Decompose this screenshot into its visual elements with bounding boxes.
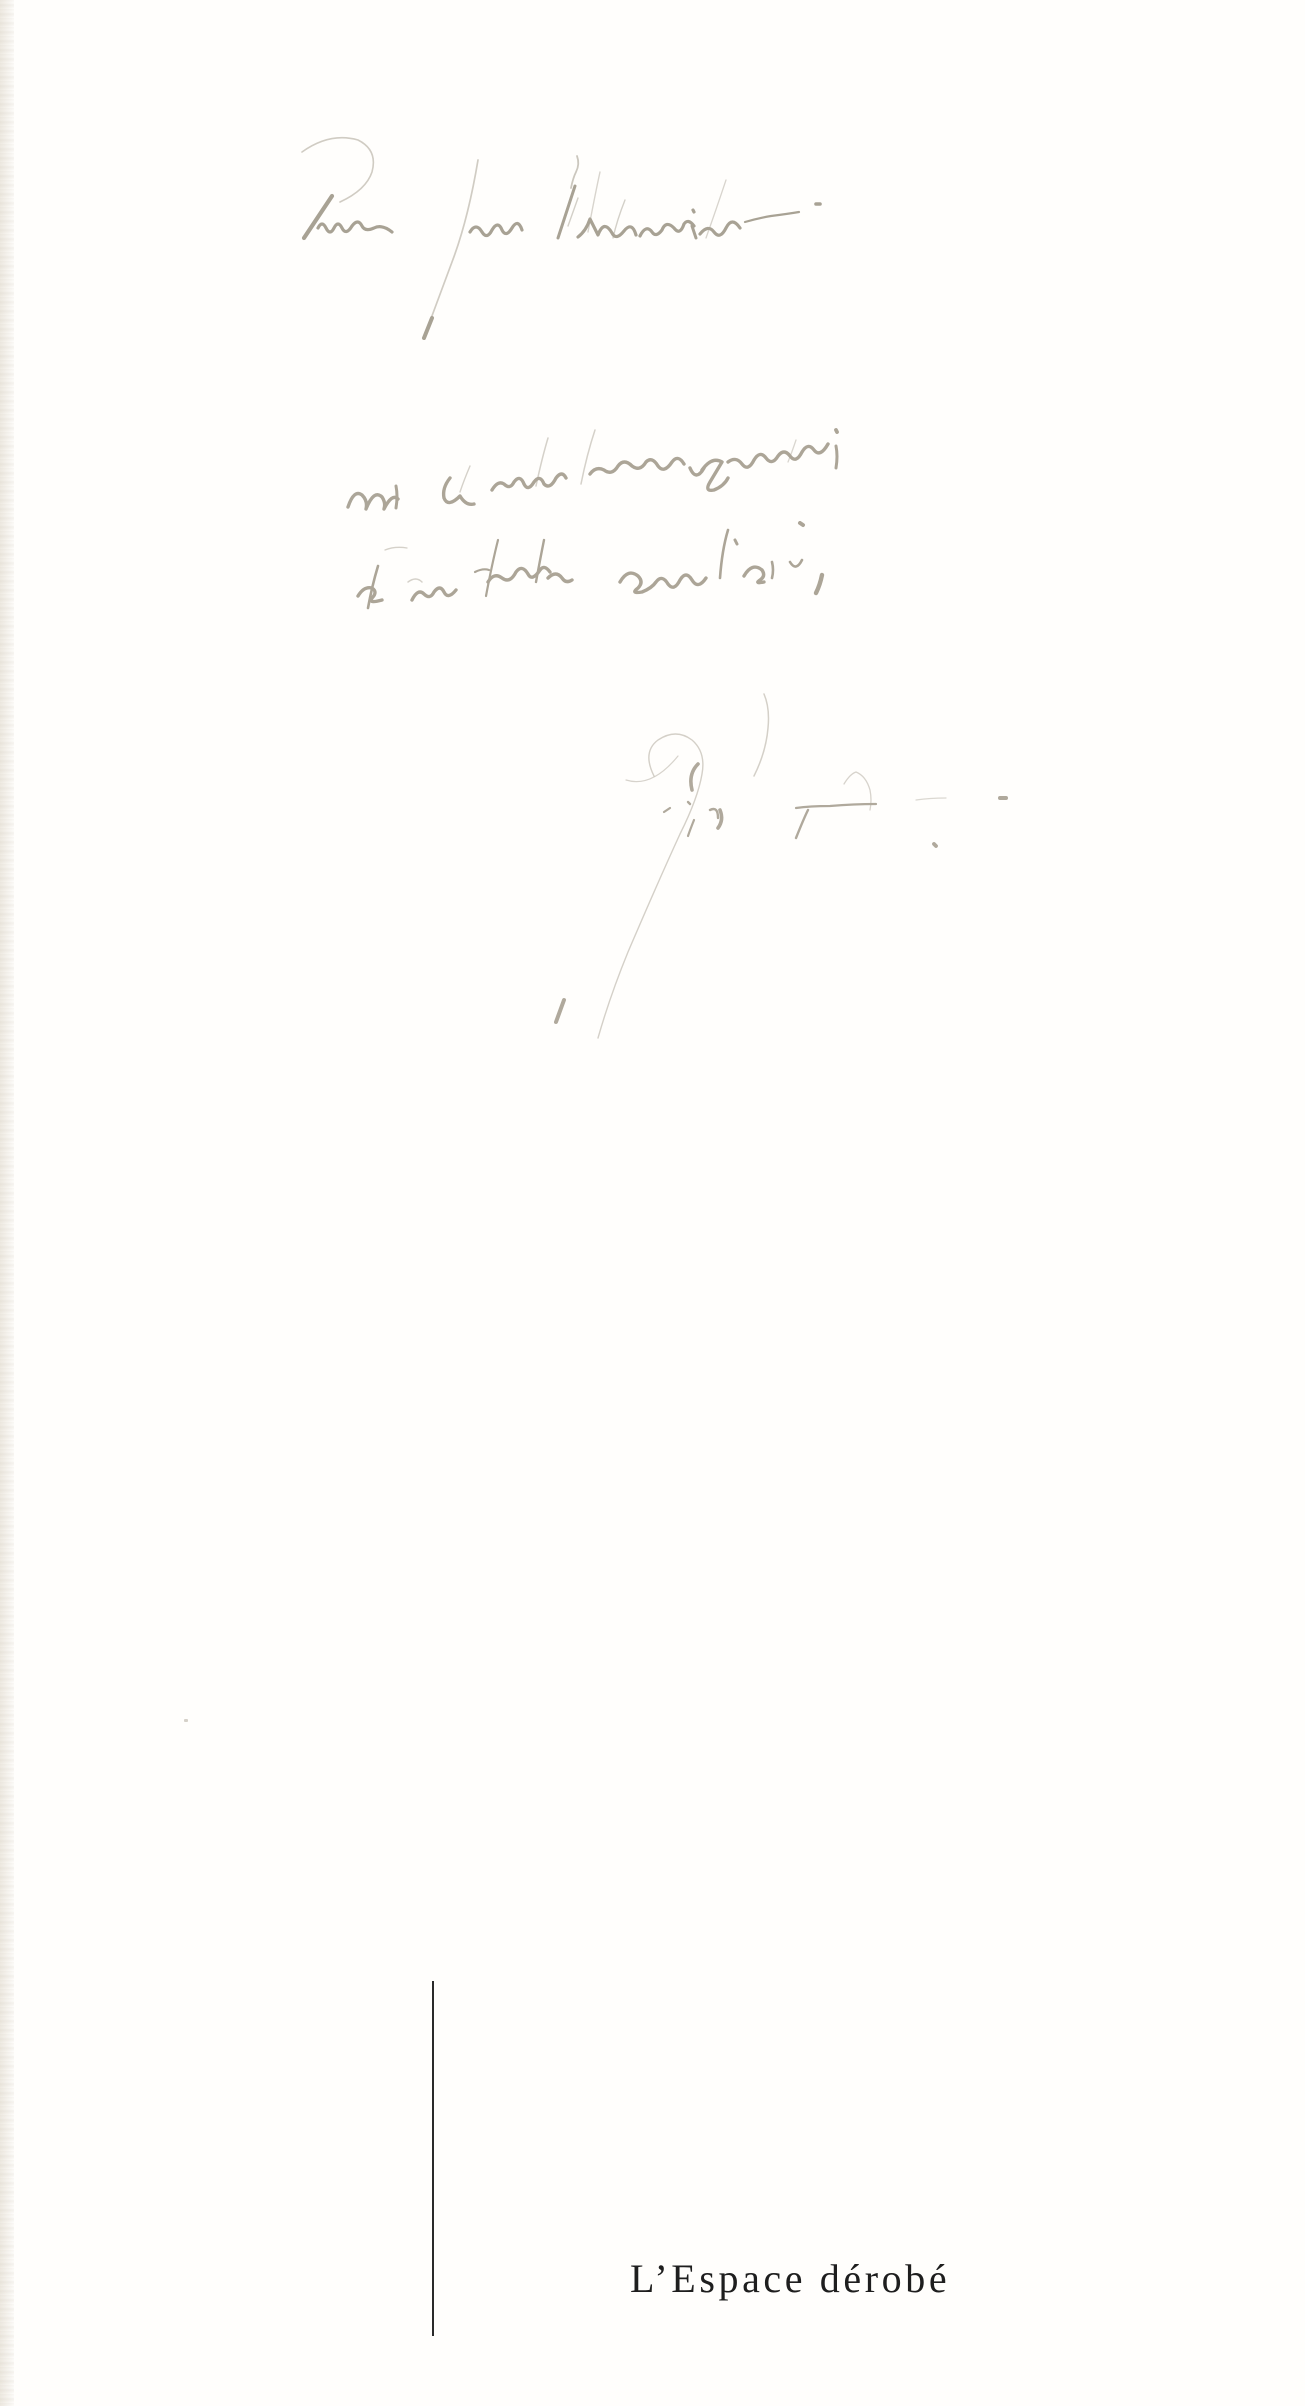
dedication-line-2-strokes bbox=[348, 430, 837, 509]
book-title: L’Espace dérobé bbox=[630, 2255, 950, 2303]
signature-strokes bbox=[556, 694, 1006, 1038]
vertical-rule bbox=[432, 1981, 434, 2336]
dedication-line-3-strokes bbox=[358, 523, 822, 608]
dedication-line-1-strokes bbox=[302, 138, 820, 338]
handwritten-dedication: Pour Jean l'Ardeiche – avec le meilleur … bbox=[0, 0, 1305, 1100]
book-page: Pour Jean l'Ardeiche – avec le meilleur … bbox=[0, 0, 1305, 2406]
handwriting-strokes bbox=[0, 0, 1305, 1100]
paper-speck bbox=[184, 1719, 188, 1722]
